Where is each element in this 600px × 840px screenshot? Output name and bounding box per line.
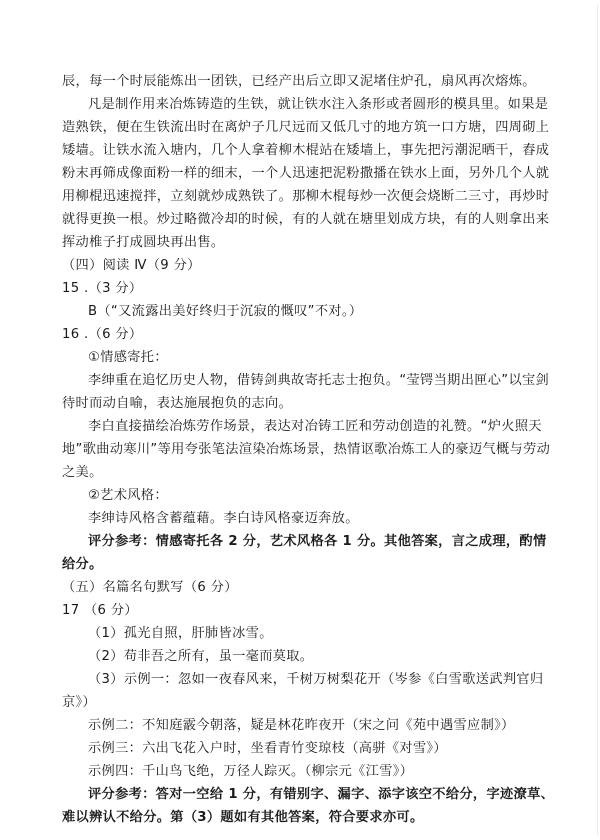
example-4: 示例四：千山鸟飞绝，万径人踪灭。（柳宗元《江雪》） bbox=[88, 762, 413, 782]
question-17-heading: 17 （6 分） bbox=[62, 601, 138, 621]
page-edge-divider bbox=[597, 4, 598, 836]
question-15-answer: B（“又流露出美好终归于沉寂的慨叹”不对。） bbox=[88, 302, 362, 322]
text-line: 待时而动自喻，表达施展抱负的志向。 bbox=[62, 394, 292, 414]
text-line: 就得更换一根。炒过略微冷却的时候，有的人就在塘里划成方块，有的人则拿出来 bbox=[62, 210, 549, 230]
text-line: 李白直接描绘冶炼劳作场景，表达对冶铸工匠和劳动创造的礼赞。“炉火照天 bbox=[88, 417, 542, 437]
answer-17-2: （2）苟非吾之所有，虽一毫而莫取。 bbox=[88, 647, 313, 667]
scoring-reference: 评分参考：情感寄托各 2 分，艺术风格各 1 分。其他答案，言之成理，酌情 bbox=[88, 532, 546, 552]
text-line: 李绅诗风格含蓄蕴藉。李白诗风格豪迈奔放。 bbox=[88, 509, 359, 529]
document-page: 辰，每一个时辰能炼出一团铁，已经产出后立即又泥堵住炉孔，扇风再次熔炼。 凡是制作… bbox=[0, 0, 600, 840]
question-16-heading: 16 .（6 分） bbox=[62, 325, 142, 345]
text-line: 地”歌曲动寒川”等用夸张笔法渲染冶炼场景，热情讴歌冶炼工人的豪迈气概与劳动 bbox=[62, 440, 550, 460]
answer-17-1: （1）孤光自照，肝肺皆冰雪。 bbox=[88, 624, 273, 644]
text-line: 京》） bbox=[62, 693, 96, 713]
subheading-emotion: ①情感寄托： bbox=[88, 348, 168, 368]
subheading-art-style: ②艺术风格： bbox=[88, 486, 168, 506]
text-line: 凡是制作用来冶炼铸造的生铁，就让铁水注入条形或者圆形的模具里。如果是 bbox=[88, 95, 548, 115]
text-line: 挥动椎子打成圆块再出售。 bbox=[62, 233, 224, 253]
text-line: 粉末再筛成像面粉一样的细末，一个人迅速把泥粉撒播在铁水上面，另外几个人就 bbox=[62, 164, 549, 184]
text-line: 辰，每一个时辰能炼出一团铁，已经产出后立即又泥堵住炉孔，扇风再次熔炼。 bbox=[62, 72, 536, 92]
scoring-reference: 评分参考：答对一空给 1 分，有错别字、漏字、添字该空不给分，字迹潦草、 bbox=[88, 785, 554, 805]
question-15-heading: 15 .（3 分） bbox=[62, 279, 142, 299]
text-line: 之美。 bbox=[62, 463, 103, 483]
text-line: 李绅重在追忆历史人物，借铸剑典故寄托志士抱负。“莹锷当期出匣心”以宝剑 bbox=[88, 371, 549, 391]
text-line: 矮墙。让铁水流入塘内，几个人拿着柳木棍站在矮墙上，事先把污潮泥晒干，舂成 bbox=[62, 141, 549, 161]
section-heading-recitation: （五）名篇名句默写（6 分） bbox=[62, 578, 238, 598]
text-line: 造熟铁，便在生铁流出时在离炉子几尺远而又低几寸的地方筑一口方塘，四周砌上 bbox=[62, 118, 549, 138]
example-3: 示例三：六出飞花入户时，坐看青竹变琼枝（高骈《对雪》） bbox=[88, 739, 447, 759]
section-heading-reading-4: （四）阅读 Ⅳ（9 分） bbox=[62, 256, 201, 276]
answer-17-3: （3）示例一：忽如一夜春风来，千树万树梨花开（岑参《白雪歌送武判官归 bbox=[88, 670, 543, 690]
scoring-reference-cont: 难以辨认不给分。第（3）题如有其他答案，符合要求亦可。 bbox=[62, 808, 424, 828]
scoring-reference-cont: 给分。 bbox=[62, 555, 103, 575]
example-2: 示例二：不知庭霰今朝落，疑是林花昨夜开（宋之问《苑中遇雪应制》） bbox=[88, 716, 515, 736]
text-line: 用柳棍迅速搅拌，立刻就炒成熟铁了。那柳木棍每炒一次便会烧断二三寸，再炒时 bbox=[62, 187, 549, 207]
